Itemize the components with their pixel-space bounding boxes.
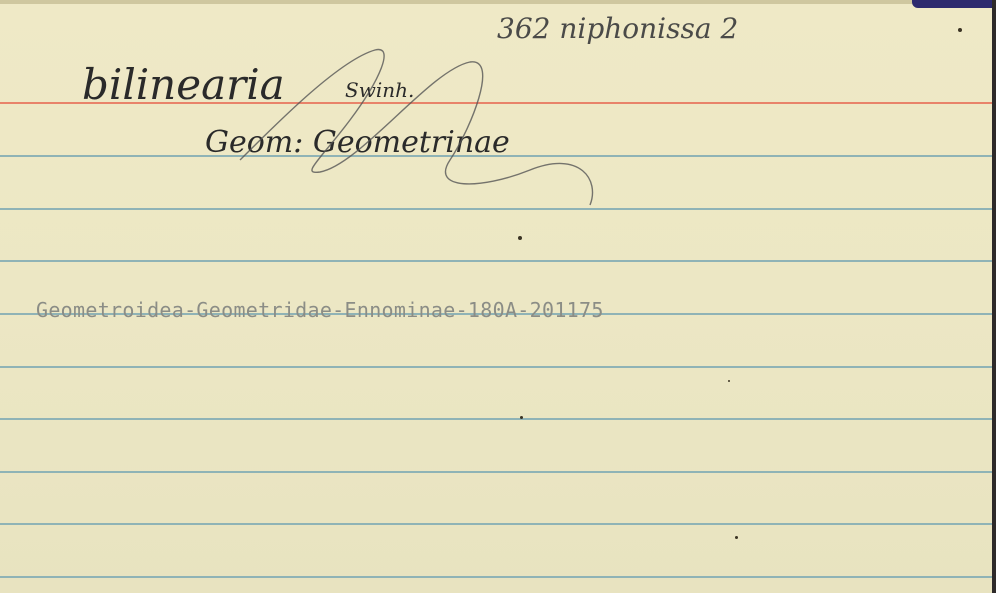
ink-speck xyxy=(735,536,738,539)
ink-speck xyxy=(728,380,730,382)
ink-speck xyxy=(520,416,523,419)
ink-speck xyxy=(518,236,522,240)
pencil-flourish-icon xyxy=(0,0,996,593)
index-card: 362 niphonissa 2 bilinearia Swinh. Geom:… xyxy=(0,0,996,593)
typed-classification: Geometroidea-Geometridae-Ennominae-180A-… xyxy=(36,298,604,322)
ink-speck xyxy=(958,28,962,32)
